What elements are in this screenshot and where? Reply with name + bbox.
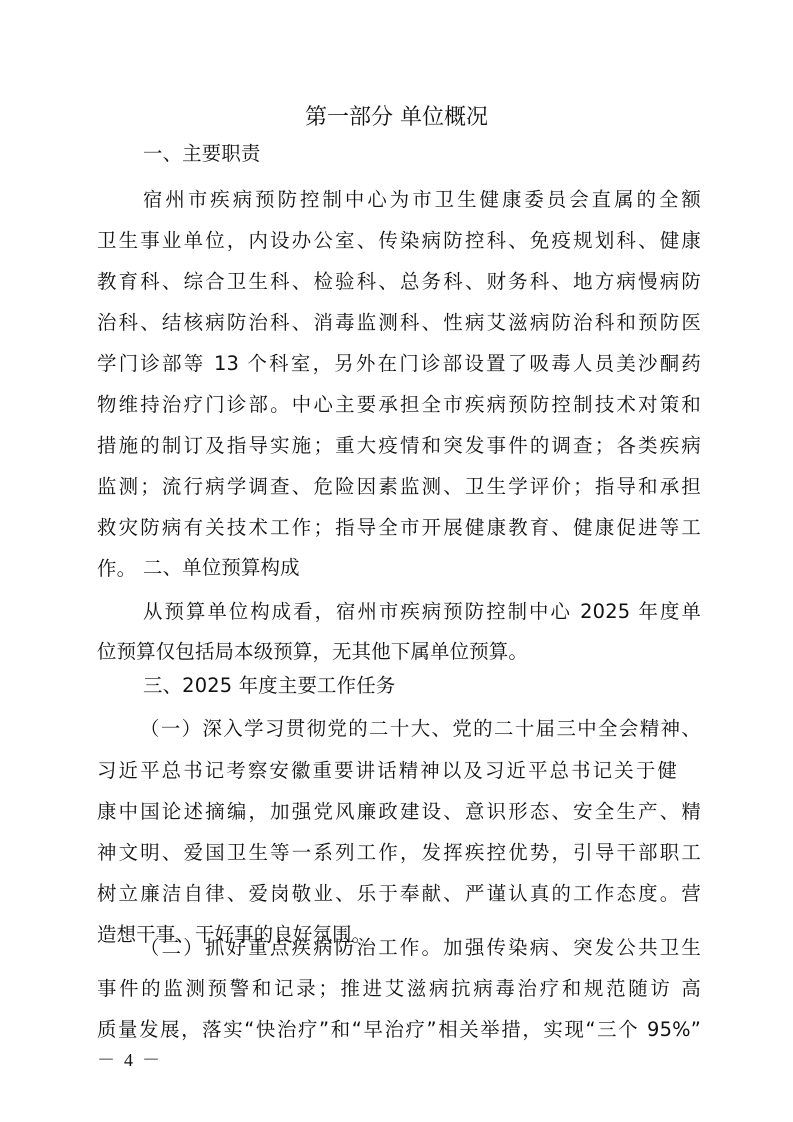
paragraph-line: 位预算仅包括局本级预算，无其他下属单位预算。 bbox=[97, 637, 701, 667]
paragraph-line: 神文明、爱国卫生等一系列工作，发挥疾控优势，引导干部职工 bbox=[97, 838, 701, 868]
paragraph-line: 康中国论述摘编，加强党风廉政建设、意识形态、安全生产、精 bbox=[97, 797, 701, 827]
paragraph-line: 救灾防病有关技术工作；指导全市开展健康教育、健康促进等工 bbox=[97, 513, 701, 543]
paragraph-line: 学门诊部等 13 个科室，另外在门诊部设置了吸毒人员美沙酮药 bbox=[97, 349, 701, 379]
page-title: 第一部分 单位概况 bbox=[0, 100, 793, 136]
page-number: － 4 － bbox=[97, 1048, 160, 1072]
section-heading-tasks: 三、2025 年度主要工作任务 bbox=[143, 671, 701, 701]
paragraph-line: 物维持治疗门诊部。中心主要承担全市疾病预防控制技术对策和 bbox=[97, 390, 701, 420]
paragraph-line: 治科、结核病防治科、消毒监测科、性病艾滋病防治科和预防医 bbox=[97, 308, 701, 338]
paragraph-line: （二）抓好重点疾病防治工作。加强传染病、突发公共卫生 bbox=[140, 933, 701, 963]
section-heading-duties: 一、主要职责 bbox=[143, 139, 701, 169]
paragraph-line: 树立廉洁自律、爱岗敬业、乐于奉献、严谨认真的工作态度。营 bbox=[97, 879, 701, 909]
paragraph-line: 宿州市疾病预防控制中心为市卫生健康委员会直属的全额 bbox=[143, 185, 701, 215]
paragraph-line: 措施的制订及指导实施；重大疫情和突发事件的调查；各类疾病 bbox=[97, 431, 701, 461]
document-page: 第一部分 单位概况 一、主要职责 宿州市疾病预防控制中心为市卫生健康委员会直属的… bbox=[0, 0, 793, 1122]
paragraph-line: 从预算单位构成看，宿州市疾病预防控制中心 2025 年度单 bbox=[143, 597, 701, 627]
paragraph-line: 卫生事业单位，内设办公室、传染病防控科、免疫规划科、健康 bbox=[97, 226, 701, 256]
section-heading-budget: 二、单位预算构成 bbox=[143, 553, 701, 583]
paragraph-line: （一）深入学习贯彻党的二十大、党的二十届三中全会精神、 bbox=[140, 714, 701, 744]
paragraph-line: 习近平总书记考察安徽重要讲话精神以及习近平总书记关于健 bbox=[97, 756, 677, 786]
paragraph-line: 质量发展，落实“快治疗”和“早治疗”相关举措，实现“三个 95%” bbox=[97, 1015, 701, 1045]
paragraph-line: 事件的监测预警和记录；推进艾滋病抗病毒治疗和规范随访 高 bbox=[97, 974, 701, 1004]
paragraph-line: 教育科、综合卫生科、检验科、总务科、财务科、地方病慢病防 bbox=[97, 267, 701, 297]
paragraph-line: 监测；流行病学调查、危险因素监测、卫生学评价；指导和承担 bbox=[97, 472, 701, 502]
